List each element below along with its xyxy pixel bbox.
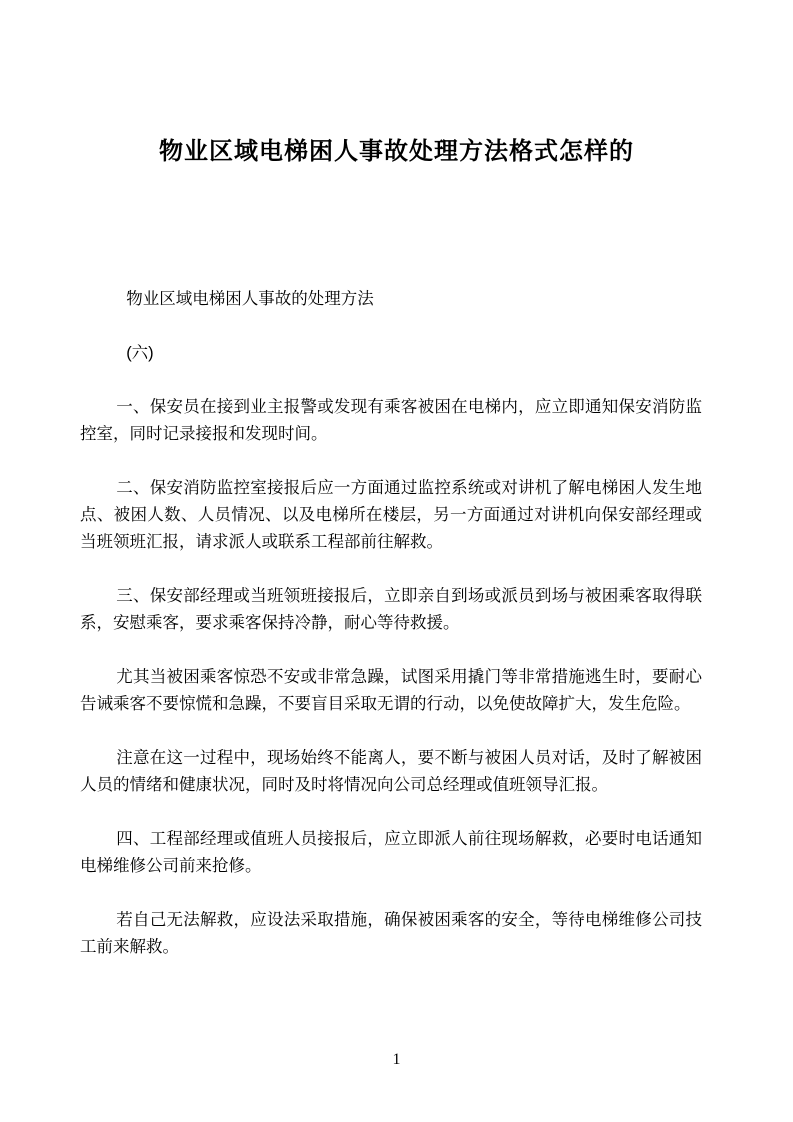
document-title: 物业区域电梯困人事故处理方法格式怎样的	[0, 0, 793, 168]
paragraph-item-1: 一、保安员在接到业主报警或发现有乘客被困在电梯内，应立即通知保安消防监控室，同时…	[80, 394, 702, 448]
document-body: 物业区域电梯困人事故的处理方法 (六) 一、保安员在接到业主报警或发现有乘客被困…	[0, 286, 793, 961]
section-number: (六)	[80, 340, 702, 367]
document-page: 物业区域电梯困人事故处理方法格式怎样的 物业区域电梯困人事故的处理方法 (六) …	[0, 0, 793, 1122]
section-heading: 物业区域电梯困人事故的处理方法	[80, 286, 702, 313]
paragraph-item-3: 三、保安部经理或当班领班接报后，立即亲自到场或派员到场与被困乘客取得联系，安慰乘…	[80, 583, 702, 637]
paragraph-item-4-note: 若自己无法解救，应设法采取措施，确保被困乘客的安全，等待电梯维修公司技工前来解救…	[80, 907, 702, 961]
paragraph-item-3-note-1: 尤其当被困乘客惊恐不安或非常急躁，试图采用撬门等非常措施逃生时，要耐心告诫乘客不…	[80, 664, 702, 718]
page-number: 1	[0, 1048, 793, 1072]
paragraph-item-2: 二、保安消防监控室接报后应一方面通过监控系统或对讲机了解电梯困人发生地点、被困人…	[80, 475, 702, 556]
paragraph-item-3-note-2: 注意在这一过程中，现场始终不能离人，要不断与被困人员对话，及时了解被困人员的情绪…	[80, 745, 702, 799]
paragraph-item-4: 四、工程部经理或值班人员接报后，应立即派人前往现场解救，必要时电话通知电梯维修公…	[80, 826, 702, 880]
